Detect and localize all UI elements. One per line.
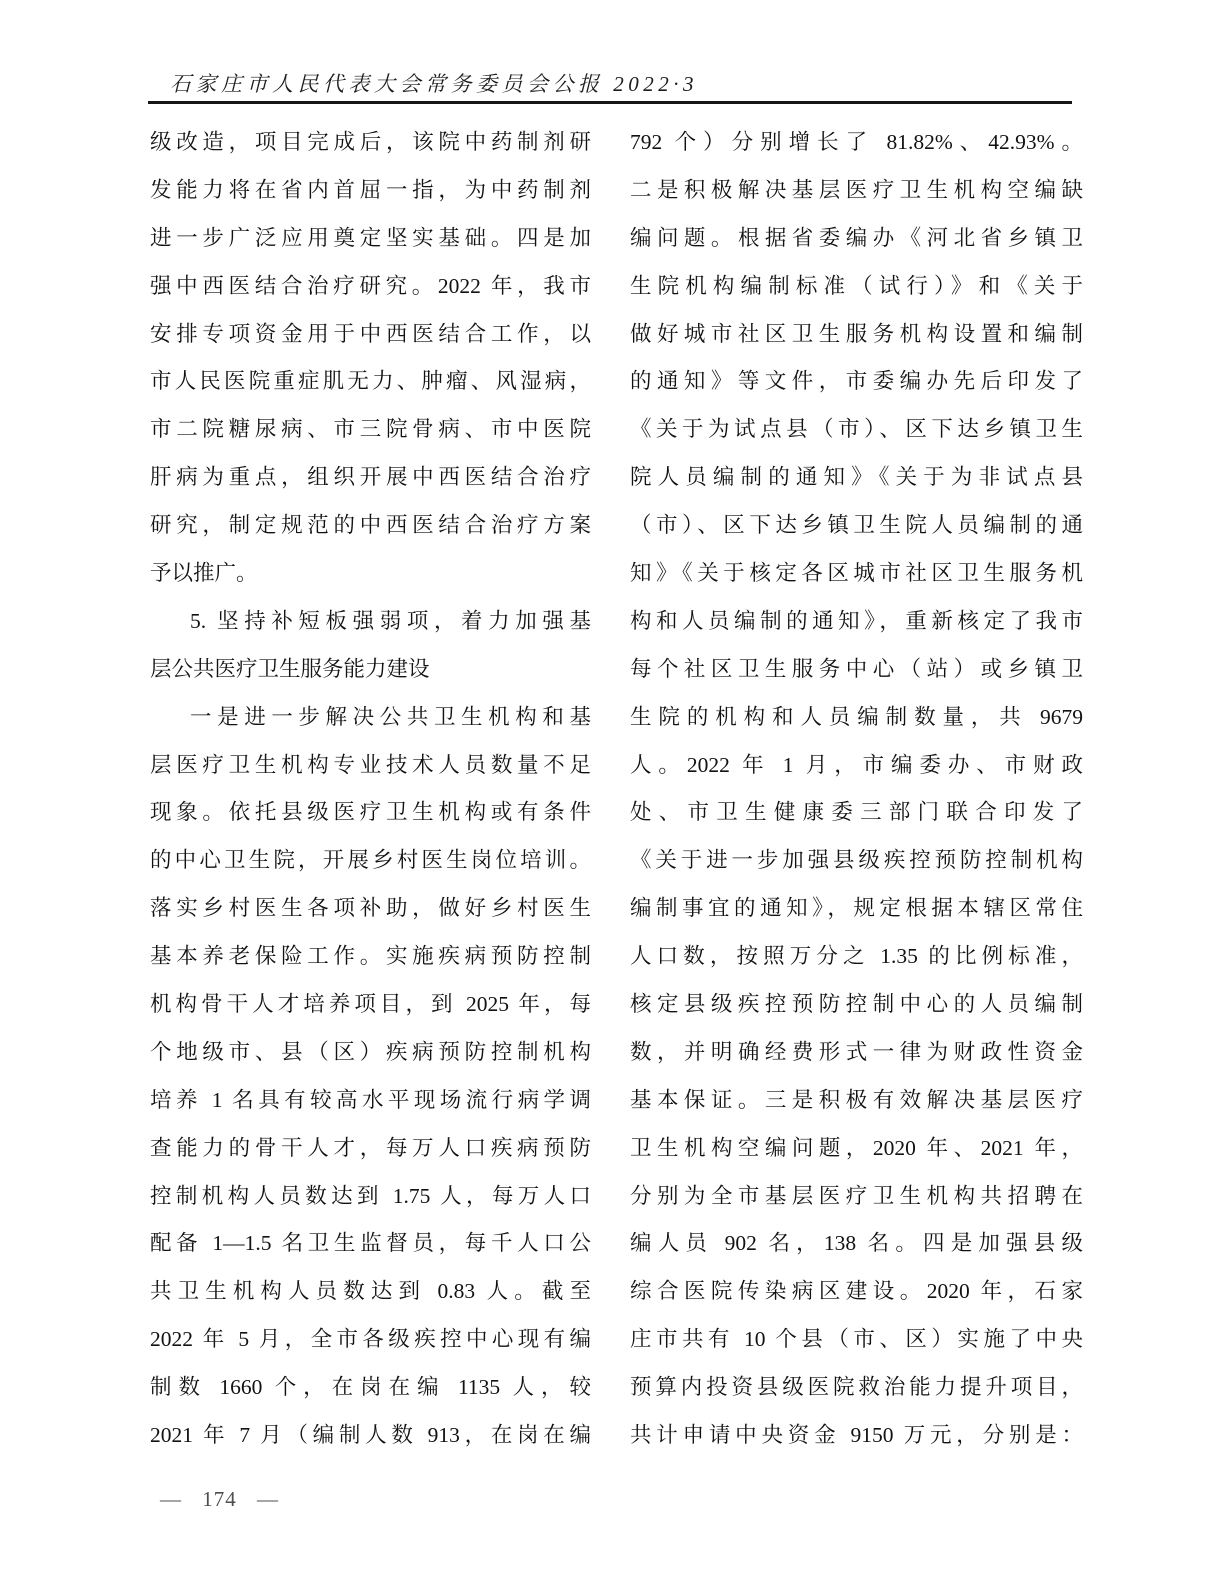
text-line: 构和人员编制的通知》，重新核定了我市 bbox=[630, 598, 1083, 646]
text-line: 层医疗卫生机构专业技术人员数量不足 bbox=[150, 742, 591, 790]
text-column-right: 792 个）分别增长了 81.82%、42.93%。二是积极解决基层医疗卫生机构… bbox=[630, 119, 1083, 1460]
text-line: 配备 1—1.5 名卫生监督员，每千人口公 bbox=[150, 1220, 591, 1268]
text-line: 控制机构人员数达到 1.75 人，每万人口 bbox=[150, 1173, 591, 1221]
text-line: 编制事宜的通知》，规定根据本辖区常住 bbox=[630, 885, 1083, 933]
text-line: 二是积极解决基层医疗卫生机构空编缺 bbox=[630, 167, 1083, 215]
text-line: 每个社区卫生服务中心（站）或乡镇卫 bbox=[630, 646, 1083, 694]
text-line: 层公共医疗卫生服务能力建设 bbox=[150, 646, 591, 694]
text-line: 制数 1660 个，在岗在编 1135 人，较 bbox=[150, 1364, 591, 1412]
footer-dash-left: — bbox=[160, 1487, 182, 1511]
text-line: 卫生机构空编问题，2020 年、2021 年， bbox=[630, 1125, 1083, 1173]
text-line: 生院机构编制标准（试行）》和《关于 bbox=[630, 263, 1083, 311]
text-line: 培养 1 名具有较高水平现场流行病学调 bbox=[150, 1077, 591, 1125]
text-line: 分别为全市基层医疗卫生机构共招聘在 bbox=[630, 1173, 1083, 1221]
text-line: 基本保证。三是积极有效解决基层医疗 bbox=[630, 1077, 1083, 1125]
text-line: 市人民医院重症肌无力、肿瘤、风湿病， bbox=[150, 358, 591, 406]
text-line: 院人员编制的通知》《关于为非试点县 bbox=[630, 454, 1083, 502]
text-line: 基本养老保险工作。实施疾病预防控制 bbox=[150, 933, 591, 981]
text-line: 792 个）分别增长了 81.82%、42.93%。 bbox=[630, 119, 1083, 167]
text-line: 肝病为重点，组织开展中西医结合治疗 bbox=[150, 454, 591, 502]
text-column-left: 级改造，项目完成后，该院中药制剂研发能力将在省内首屈一指，为中药制剂进一步广泛应… bbox=[150, 119, 591, 1460]
text-line: 人口数，按照万分之 1.35 的比例标准， bbox=[630, 933, 1083, 981]
text-line: 《关于进一步加强县级疾控预防控制机构 bbox=[630, 837, 1083, 885]
text-line: 知》《关于核定各区城市社区卫生服务机 bbox=[630, 550, 1083, 598]
text-line: 机构骨干人才培养项目，到 2025 年，每 bbox=[150, 981, 591, 1029]
text-line: 做好城市社区卫生服务机构设置和编制 bbox=[630, 311, 1083, 359]
text-line: 人。2022 年 1 月，市编委办、市财政 bbox=[630, 742, 1083, 790]
text-line: 予以推广。 bbox=[150, 550, 591, 598]
text-line: 5. 坚持补短板强弱项，着力加强基 bbox=[150, 598, 591, 646]
text-line: 共卫生机构人员数达到 0.83 人。截至 bbox=[150, 1268, 591, 1316]
text-line: 编人员 902 名，138 名。四是加强县级 bbox=[630, 1220, 1083, 1268]
text-line: 进一步广泛应用奠定坚实基础。四是加 bbox=[150, 215, 591, 263]
text-line: 现象。依托县级医疗卫生机构或有条件 bbox=[150, 789, 591, 837]
text-line: 的通知》等文件，市委编办先后印发了 bbox=[630, 358, 1083, 406]
text-line: 强中西医结合治疗研究。2022 年，我市 bbox=[150, 263, 591, 311]
footer-dash-right: — bbox=[257, 1487, 279, 1511]
text-line: （市）、区下达乡镇卫生院人员编制的通 bbox=[630, 502, 1083, 550]
text-line: 处、市卫生健康委三部门联合印发了 bbox=[630, 789, 1083, 837]
text-line: 2022 年 5 月，全市各级疾控中心现有编 bbox=[150, 1316, 591, 1364]
text-line: 查能力的骨干人才，每万人口疾病预防 bbox=[150, 1125, 591, 1173]
text-line: 数，并明确经费形式一律为财政性资金 bbox=[630, 1029, 1083, 1077]
text-line: 个地级市、县（区）疾病预防控制机构 bbox=[150, 1029, 591, 1077]
running-header-title: 石家庄市人民代表大会常务委员会公报 2022·3 bbox=[170, 68, 698, 98]
text-line: 核定县级疾控预防控制中心的人员编制 bbox=[630, 981, 1083, 1029]
page-footer: — 174 — bbox=[160, 1487, 293, 1512]
text-line: 《关于为试点县（市）、区下达乡镇卫生 bbox=[630, 406, 1083, 454]
text-line: 落实乡村医生各项补助，做好乡村医生 bbox=[150, 885, 591, 933]
page-number: 174 bbox=[202, 1487, 237, 1511]
text-line: 发能力将在省内首屈一指，为中药制剂 bbox=[150, 167, 591, 215]
document-page: 石家庄市人民代表大会常务委员会公报 2022·3 级改造，项目完成后，该院中药制… bbox=[0, 0, 1222, 1582]
text-line: 的中心卫生院，开展乡村医生岗位培训。 bbox=[150, 837, 591, 885]
text-line: 市二院糖尿病、市三院骨病、市中医院 bbox=[150, 406, 591, 454]
text-line: 一是进一步解决公共卫生机构和基 bbox=[150, 694, 591, 742]
text-line: 编问题。根据省委编办《河北省乡镇卫 bbox=[630, 215, 1083, 263]
text-line: 综合医院传染病区建设。2020 年，石家 bbox=[630, 1268, 1083, 1316]
text-line: 预算内投资县级医院救治能力提升项目， bbox=[630, 1364, 1083, 1412]
text-line: 生院的机构和人员编制数量，共 9679 bbox=[630, 694, 1083, 742]
text-line: 2021 年 7 月（编制人数 913，在岗在编 bbox=[150, 1412, 591, 1460]
text-line: 庄市共有 10 个县（市、区）实施了中央 bbox=[630, 1316, 1083, 1364]
header-rule bbox=[148, 101, 1072, 104]
text-line: 安排专项资金用于中西医结合工作，以 bbox=[150, 311, 591, 359]
text-line: 级改造，项目完成后，该院中药制剂研 bbox=[150, 119, 591, 167]
text-line: 共计申请中央资金 9150 万元，分别是： bbox=[630, 1412, 1083, 1460]
text-line: 研究，制定规范的中西医结合治疗方案 bbox=[150, 502, 591, 550]
